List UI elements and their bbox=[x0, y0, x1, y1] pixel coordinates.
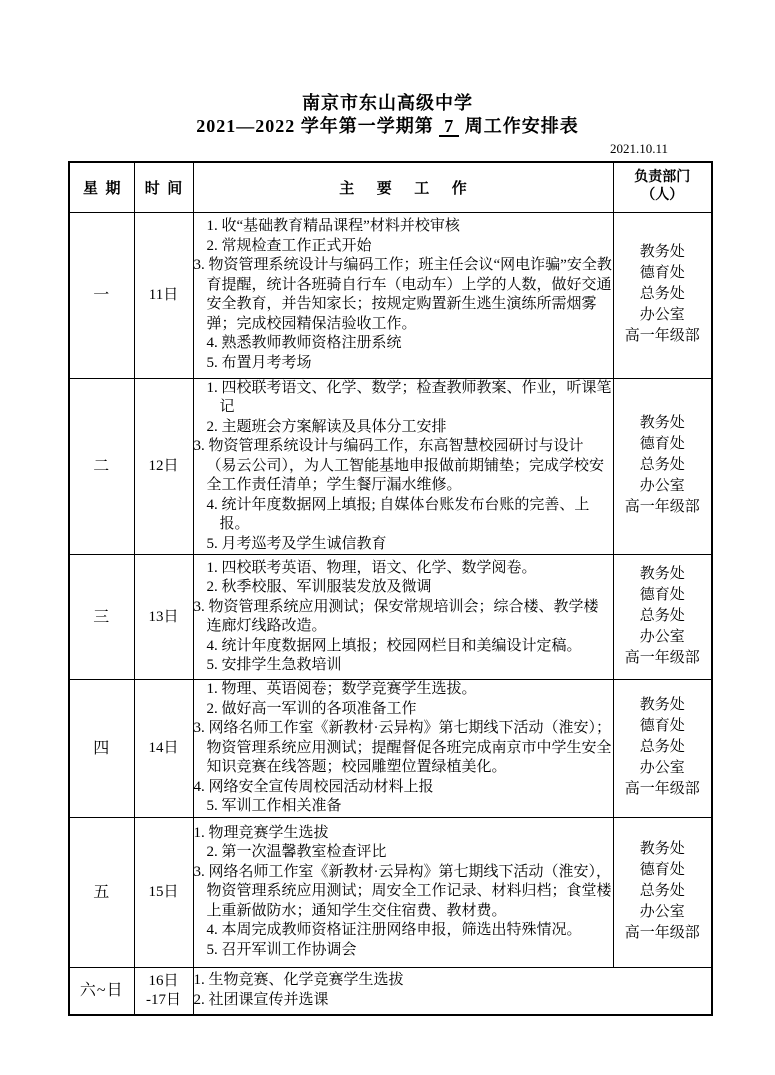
work-item: 2. 做好高一军训的各项准备工作 bbox=[194, 700, 613, 720]
work-cell: 1. 物理、英语阅卷；数学竞赛学生选拔。2. 做好高一军训的各项准备工作3. 网… bbox=[193, 680, 613, 818]
department-line: 总务处 bbox=[640, 881, 685, 902]
work-item: 4. 熟悉教师教师资格注册系统 bbox=[194, 334, 613, 354]
work-item: 3. 网络名师工作室《新教材·云异构》第七期线下活动（淮安）；物资管理系统应用测… bbox=[194, 719, 613, 778]
department-line: 高一年级部 bbox=[625, 326, 700, 347]
time-cell: 14日 bbox=[134, 680, 193, 818]
work-cell: 1. 四校联考语文、化学、数学；检查教师教案、作业，听课笔记2. 主题班会方案解… bbox=[193, 378, 613, 555]
department-line: 高一年级部 bbox=[625, 779, 700, 800]
work-item: 5. 布置月考考场 bbox=[194, 354, 613, 374]
table-row: 二12日1. 四校联考语文、化学、数学；检查教师教案、作业，听课笔记2. 主题班… bbox=[69, 378, 712, 555]
schedule-table: 星 期 时 间 主 要 工 作 负责部门 （人） 一11日1. 收“基础教育精品… bbox=[68, 161, 713, 1016]
work-item: 5. 军训工作相关准备 bbox=[194, 797, 613, 817]
schedule-table-body: 一11日1. 收“基础教育精品课程”材料并校审核2. 常规检查工作正式开始3. … bbox=[69, 212, 712, 1015]
department-line: 办公室 bbox=[625, 902, 700, 923]
department-line: 总务处 bbox=[640, 606, 685, 627]
department-line: 办公室 bbox=[625, 627, 700, 648]
work-item: 5. 月考巡考及学生诚信教育 bbox=[194, 535, 613, 555]
table-row: 四14日1. 物理、英语阅卷；数学竞赛学生选拔。2. 做好高一军训的各项准备工作… bbox=[69, 680, 712, 818]
department-line: 教务处 bbox=[640, 839, 685, 860]
work-item: 2. 秋季校服、军训服装发放及微调 bbox=[194, 578, 613, 598]
table-row: 三13日1. 四校联考英语、物理，语文、化学、数学阅卷。2. 秋季校服、军训服装… bbox=[69, 555, 712, 680]
department-line: 教务处 bbox=[640, 695, 685, 716]
department-bottom-group: 办公室高一年级部 bbox=[625, 476, 700, 518]
day-cell: 二 bbox=[69, 378, 134, 555]
table-row: 五15日1. 物理竞赛学生选拔2. 第一次温馨教室检查评比3. 网络名师工作室《… bbox=[69, 817, 712, 967]
time-cell: 11日 bbox=[134, 212, 193, 378]
work-item: 1. 四校联考英语、物理，语文、化学、数学阅卷。 bbox=[194, 559, 613, 579]
work-item: 5. 召开军训工作协调会 bbox=[194, 941, 613, 961]
department-line: 教务处 bbox=[640, 242, 685, 263]
schedule-title-suffix: 周工作安排表 bbox=[465, 116, 579, 136]
header-main-work: 主 要 工 作 bbox=[193, 162, 613, 212]
school-title: 南京市东山高级中学 bbox=[0, 0, 775, 114]
header-department-line1: 负责部门 bbox=[614, 169, 712, 187]
table-header-row: 星 期 时 间 主 要 工 作 负责部门 （人） bbox=[69, 162, 712, 212]
day-cell: 三 bbox=[69, 555, 134, 680]
table-row: 一11日1. 收“基础教育精品课程”材料并校审核2. 常规检查工作正式开始3. … bbox=[69, 212, 712, 378]
department-top-group: 教务处德育处总务处 bbox=[640, 564, 685, 627]
work-item: 2. 社团课宣传并选课 bbox=[194, 991, 712, 1011]
department-cell: 教务处德育处总务处办公室高一年级部 bbox=[613, 378, 712, 555]
department-line: 总务处 bbox=[640, 737, 685, 758]
department-cell: 教务处德育处总务处办公室高一年级部 bbox=[613, 817, 712, 967]
day-cell: 五 bbox=[69, 817, 134, 967]
department-line: 高一年级部 bbox=[625, 497, 700, 518]
department-wrap: 教务处德育处总务处办公室高一年级部 bbox=[614, 239, 712, 351]
table-row: 六~日16日 -17日1. 生物竞赛、化学竞赛学生选拔2. 社团课宣传并选课 bbox=[69, 967, 712, 1015]
work-item: 2. 主题班会方案解读及具体分工安排 bbox=[194, 418, 613, 438]
department-bottom-group: 办公室高一年级部 bbox=[625, 758, 700, 800]
header-time: 时 间 bbox=[134, 162, 193, 212]
work-cell: 1. 物理竞赛学生选拔2. 第一次温馨教室检查评比3. 网络名师工作室《新教材·… bbox=[193, 817, 613, 967]
department-line: 高一年级部 bbox=[625, 923, 700, 944]
department-line: 办公室 bbox=[625, 758, 700, 779]
work-cell: 1. 收“基础教育精品课程”材料并校审核2. 常规检查工作正式开始3. 物资管理… bbox=[193, 212, 613, 378]
header-department-line2: （人） bbox=[614, 187, 712, 205]
work-item: 4. 统计年度数据网上填报；校园网栏目和美编设计定稿。 bbox=[194, 637, 613, 657]
department-wrap: 教务处德育处总务处办公室高一年级部 bbox=[614, 692, 712, 804]
work-item: 1. 物理竞赛学生选拔 bbox=[194, 824, 613, 844]
department-line: 德育处 bbox=[640, 263, 685, 284]
time-cell: 15日 bbox=[134, 817, 193, 967]
week-number: 7 bbox=[439, 117, 459, 137]
time-cell: 13日 bbox=[134, 555, 193, 680]
work-item: 4. 本周完成教师资格证注册网络申报，筛选出特殊情况。 bbox=[194, 921, 613, 941]
day-cell: 一 bbox=[69, 212, 134, 378]
header-day: 星 期 bbox=[69, 162, 134, 212]
department-line: 高一年级部 bbox=[625, 648, 700, 669]
schedule-title: 2021—2022 学年第一学期第 7 周工作安排表 bbox=[0, 114, 775, 138]
work-item: 3. 物资管理系统设计与编码工作；班主任会议“网电诈骗”安全教育提醒，统计各班骑… bbox=[194, 256, 613, 334]
schedule-title-prefix: 2021—2022 学年第一学期第 bbox=[196, 116, 434, 136]
work-item: 5. 安排学生急救培训 bbox=[194, 656, 613, 676]
department-line: 德育处 bbox=[640, 585, 685, 606]
department-top-group: 教务处德育处总务处 bbox=[640, 839, 685, 902]
document-page: 南京市东山高级中学 2021—2022 学年第一学期第 7 周工作安排表 202… bbox=[0, 0, 775, 1075]
department-cell: 教务处德育处总务处办公室高一年级部 bbox=[613, 555, 712, 680]
department-bottom-group: 办公室高一年级部 bbox=[625, 305, 700, 347]
work-item: 1. 四校联考语文、化学、数学；检查教师教案、作业，听课笔记 bbox=[194, 379, 613, 418]
department-line: 德育处 bbox=[640, 434, 685, 455]
work-item: 4. 网络安全宣传周校园活动材料上报 bbox=[194, 778, 613, 798]
department-bottom-group: 办公室高一年级部 bbox=[625, 627, 700, 669]
department-line: 德育处 bbox=[640, 716, 685, 737]
work-item: 4. 统计年度数据网上填报; 自媒体台账发布台账的完善、上报。 bbox=[194, 496, 613, 535]
work-item: 2. 第一次温馨教室检查评比 bbox=[194, 843, 613, 863]
work-item: 3. 网络名师工作室《新教材·云异构》第七期线下活动（淮安），物资管理系统应用测… bbox=[194, 863, 613, 922]
department-top-group: 教务处德育处总务处 bbox=[640, 695, 685, 758]
work-item: 3. 物资管理系统应用测试；保安常规培训会；综合楼、教学楼连廊灯线路改造。 bbox=[194, 598, 613, 637]
time-cell: 16日 -17日 bbox=[134, 967, 193, 1015]
work-item: 2. 常规检查工作正式开始 bbox=[194, 237, 613, 257]
work-item: 1. 收“基础教育精品课程”材料并校审核 bbox=[194, 217, 613, 237]
work-item: 3. 物资管理系统设计与编码工作，东高智慧校园研讨与设计（易云公司），为人工智能… bbox=[194, 437, 613, 496]
department-wrap: 教务处德育处总务处办公室高一年级部 bbox=[614, 836, 712, 948]
work-cell: 1. 生物竞赛、化学竞赛学生选拔2. 社团课宣传并选课 bbox=[193, 967, 712, 1015]
department-top-group: 教务处德育处总务处 bbox=[640, 242, 685, 305]
department-wrap: 教务处德育处总务处办公室高一年级部 bbox=[614, 410, 712, 522]
day-cell: 六~日 bbox=[69, 967, 134, 1015]
work-item: 1. 物理、英语阅卷；数学竞赛学生选拔。 bbox=[194, 680, 613, 700]
department-line: 教务处 bbox=[640, 413, 685, 434]
date-label: 2021.10.11 bbox=[0, 140, 775, 157]
department-cell: 教务处德育处总务处办公室高一年级部 bbox=[613, 680, 712, 818]
time-cell: 12日 bbox=[134, 378, 193, 555]
header-department: 负责部门 （人） bbox=[613, 162, 712, 212]
department-cell: 教务处德育处总务处办公室高一年级部 bbox=[613, 212, 712, 378]
department-line: 教务处 bbox=[640, 564, 685, 585]
department-line: 办公室 bbox=[625, 476, 700, 497]
work-item: 1. 生物竞赛、化学竞赛学生选拔 bbox=[194, 971, 712, 991]
work-cell: 1. 四校联考英语、物理，语文、化学、数学阅卷。2. 秋季校服、军训服装发放及微… bbox=[193, 555, 613, 680]
department-line: 办公室 bbox=[625, 305, 700, 326]
department-line: 总务处 bbox=[640, 284, 685, 305]
department-line: 总务处 bbox=[640, 455, 685, 476]
day-cell: 四 bbox=[69, 680, 134, 818]
department-line: 德育处 bbox=[640, 860, 685, 881]
department-wrap: 教务处德育处总务处办公室高一年级部 bbox=[614, 561, 712, 673]
department-bottom-group: 办公室高一年级部 bbox=[625, 902, 700, 944]
department-top-group: 教务处德育处总务处 bbox=[640, 413, 685, 476]
